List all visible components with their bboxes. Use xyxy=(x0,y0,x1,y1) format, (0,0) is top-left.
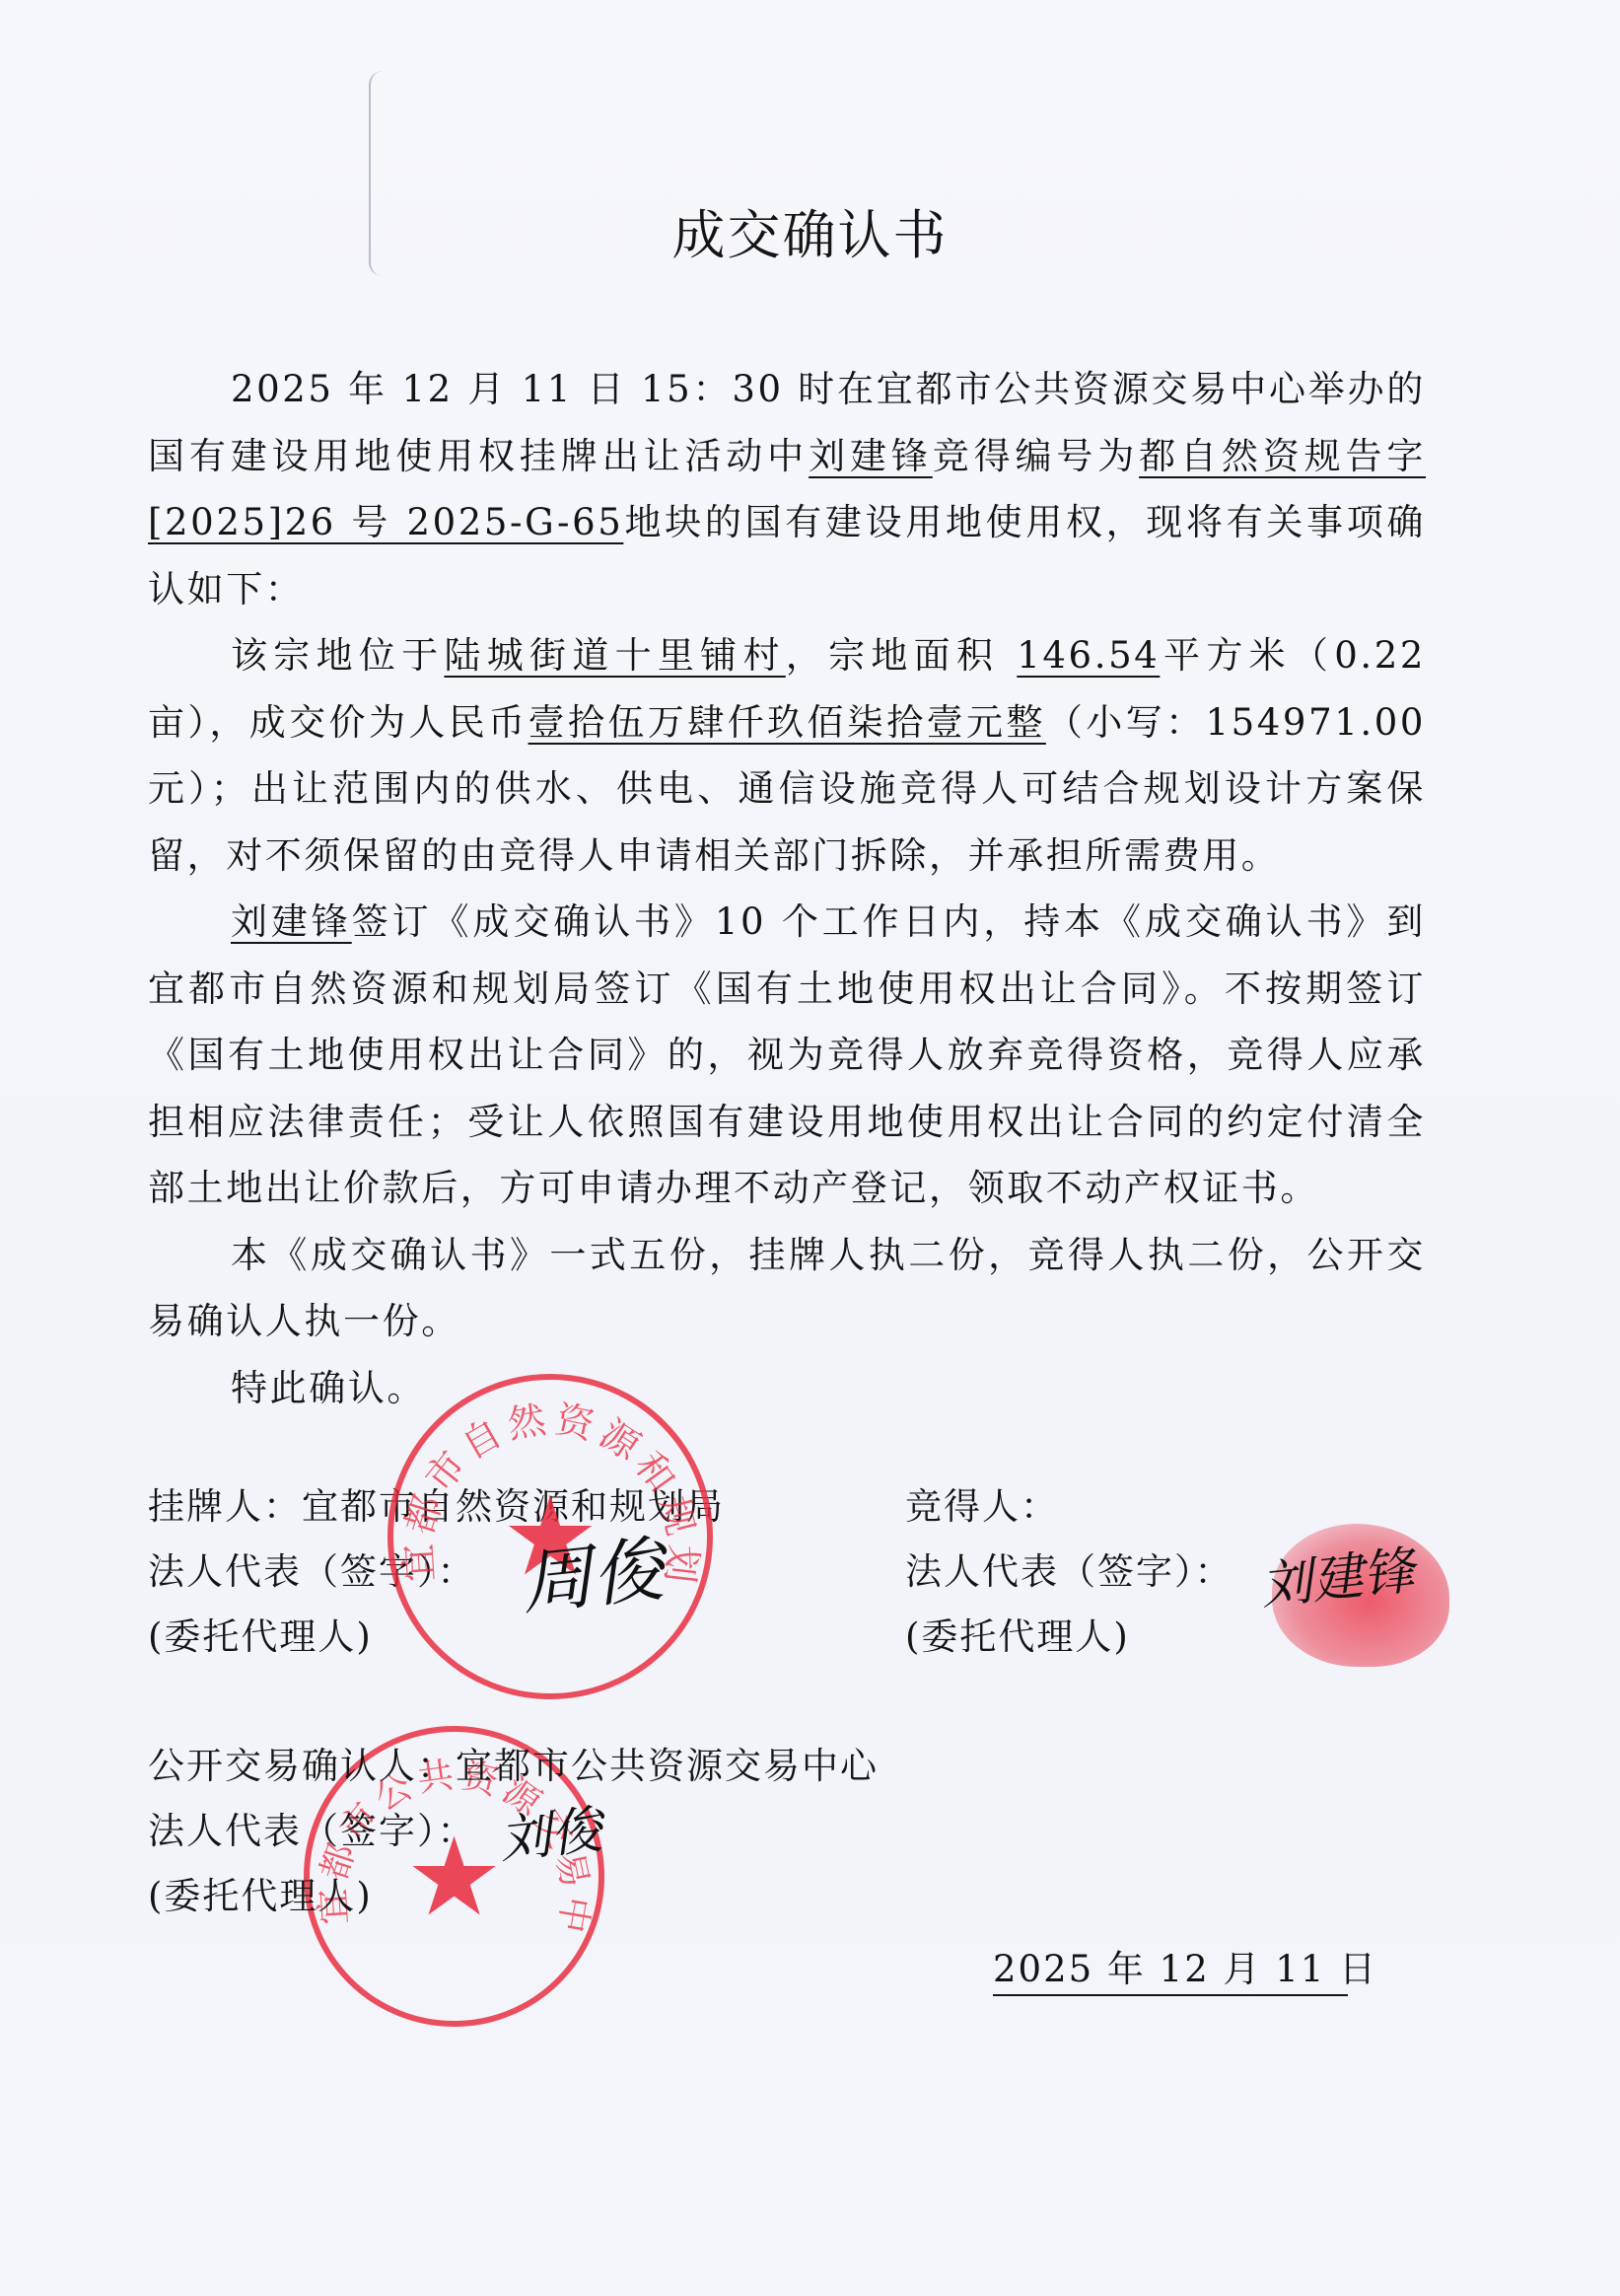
confirmer-label: 公开交易确认人：宜都市公共资源交易中心 xyxy=(148,1736,879,1789)
confirmer-rep-label: 法人代表（签字）： xyxy=(148,1801,476,1854)
document-date: 2025 年 12 月 11 日 xyxy=(993,1939,1348,1996)
bidder-agent-label: (委托代理人) xyxy=(905,1607,1130,1660)
paragraph-copies: 本《成交确认书》一式五份，挂牌人执二份，竞得人执二份，公开交易确认人执一份。 xyxy=(148,1222,1426,1355)
paragraph-contract-terms: 刘建锋签订《成交确认书》10 个工作日内，持本《成交确认书》到宜都市自然资源和规… xyxy=(148,889,1426,1222)
bidder-name: 刘建锋 xyxy=(809,435,933,477)
document-body: 2025 年 12 月 11 日 15：30 时在宜都市公共资源交易中心举办的国… xyxy=(148,356,1426,1421)
bidder-name: 刘建锋 xyxy=(231,900,352,943)
price-in-words: 壹拾伍万肆仟玖佰柒拾壹元整 xyxy=(528,701,1046,744)
parcel-location: 陆城街道十里铺村 xyxy=(444,634,785,677)
bidder-rep-label: 法人代表（签字）： xyxy=(905,1542,1233,1595)
lister-agent-label: (委托代理人) xyxy=(148,1607,373,1660)
bidder-label: 竞得人： xyxy=(905,1476,1059,1530)
paragraph-parcel-details: 该宗地位于陆城街道十里铺村，宗地面积 146.54平方米（0.22 亩），成交价… xyxy=(148,622,1426,889)
confirmer-signature: 刘俊 xyxy=(495,1788,604,1872)
paragraph-confirmation: 特此确认。 xyxy=(148,1355,1426,1422)
confirmer-agent-label: (委托代理人) xyxy=(148,1866,373,1919)
document-title: 成交确认书 xyxy=(0,193,1620,269)
paragraph-auction-info: 2025 年 12 月 11 日 15：30 时在宜都市公共资源交易中心举办的国… xyxy=(148,356,1426,622)
lister-signature: 周俊 xyxy=(516,1512,668,1628)
parcel-area: 146.54 xyxy=(1017,634,1160,677)
